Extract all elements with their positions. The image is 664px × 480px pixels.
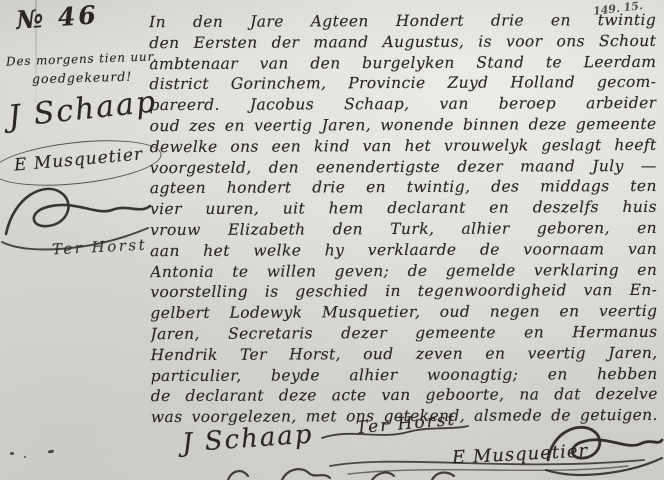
body-line: aan het welke hy verklaarde de voornaam … (150, 239, 657, 262)
signature-swash (320, 424, 470, 442)
body-line: particulier, beyde alhier woonagtig; en … (151, 363, 658, 386)
ink-speck (10, 452, 14, 455)
body-line: de declarant deze acte van geboorte, na … (151, 384, 658, 407)
body-line: gelbert Lodewyk Musquetier, oud negen en… (150, 301, 657, 324)
flourish-signature (542, 418, 664, 480)
act-body-text: In den Jare Agteen Hondert drie en twint… (149, 10, 658, 428)
margin-signature-schaap: J Schaap (7, 84, 159, 134)
body-line: dewelke ons een kind van het vrouwelyk g… (150, 135, 657, 158)
margin-note-line1: Des morgens tien uur, (6, 49, 158, 68)
body-line: vrouw Elizabeth den Turk, alhier geboren… (150, 218, 657, 241)
body-line: pareerd. Jacobus Schaap, van beroep arbe… (149, 93, 656, 116)
body-line: voorstelling is geschied in tegenwoordig… (150, 280, 657, 303)
body-line: den Eersten der maand Augustus, is voor … (149, 31, 656, 54)
next-line-cutoff-strokes (222, 466, 462, 480)
scanned-birth-record: № 46 149. 15. Des morgens tien uur, goed… (0, 0, 664, 480)
act-number: № 46 (15, 0, 99, 35)
body-line: vier uuren, uit hem declarant en deszelf… (150, 197, 657, 220)
body-line: In den Jare Agteen Hondert drie en twint… (149, 10, 656, 33)
body-line: Antonia te willen geven; de gemelde verk… (150, 259, 657, 282)
body-line: voorgesteld, den eenendertigste dezer ma… (150, 155, 657, 178)
ink-speck (24, 456, 26, 458)
body-line: oud zes en veertig Jaren, wonende binnen… (150, 114, 657, 137)
ink-speck (48, 450, 54, 454)
body-line: district Gorinchem, Provincie Zuyd Holla… (149, 72, 656, 95)
body-line: Jaren, Secretaris dezer gemeente en Herm… (150, 322, 657, 345)
body-line: Hendrik Ter Horst, oud zeven en veertig … (151, 343, 658, 366)
body-line: ambtenaar van den burgelyken Stand te Le… (149, 51, 656, 74)
body-line: agteen hondert drie en twintig, des midd… (150, 176, 657, 199)
margin-note-line2: goedgekeurd! (32, 69, 133, 87)
